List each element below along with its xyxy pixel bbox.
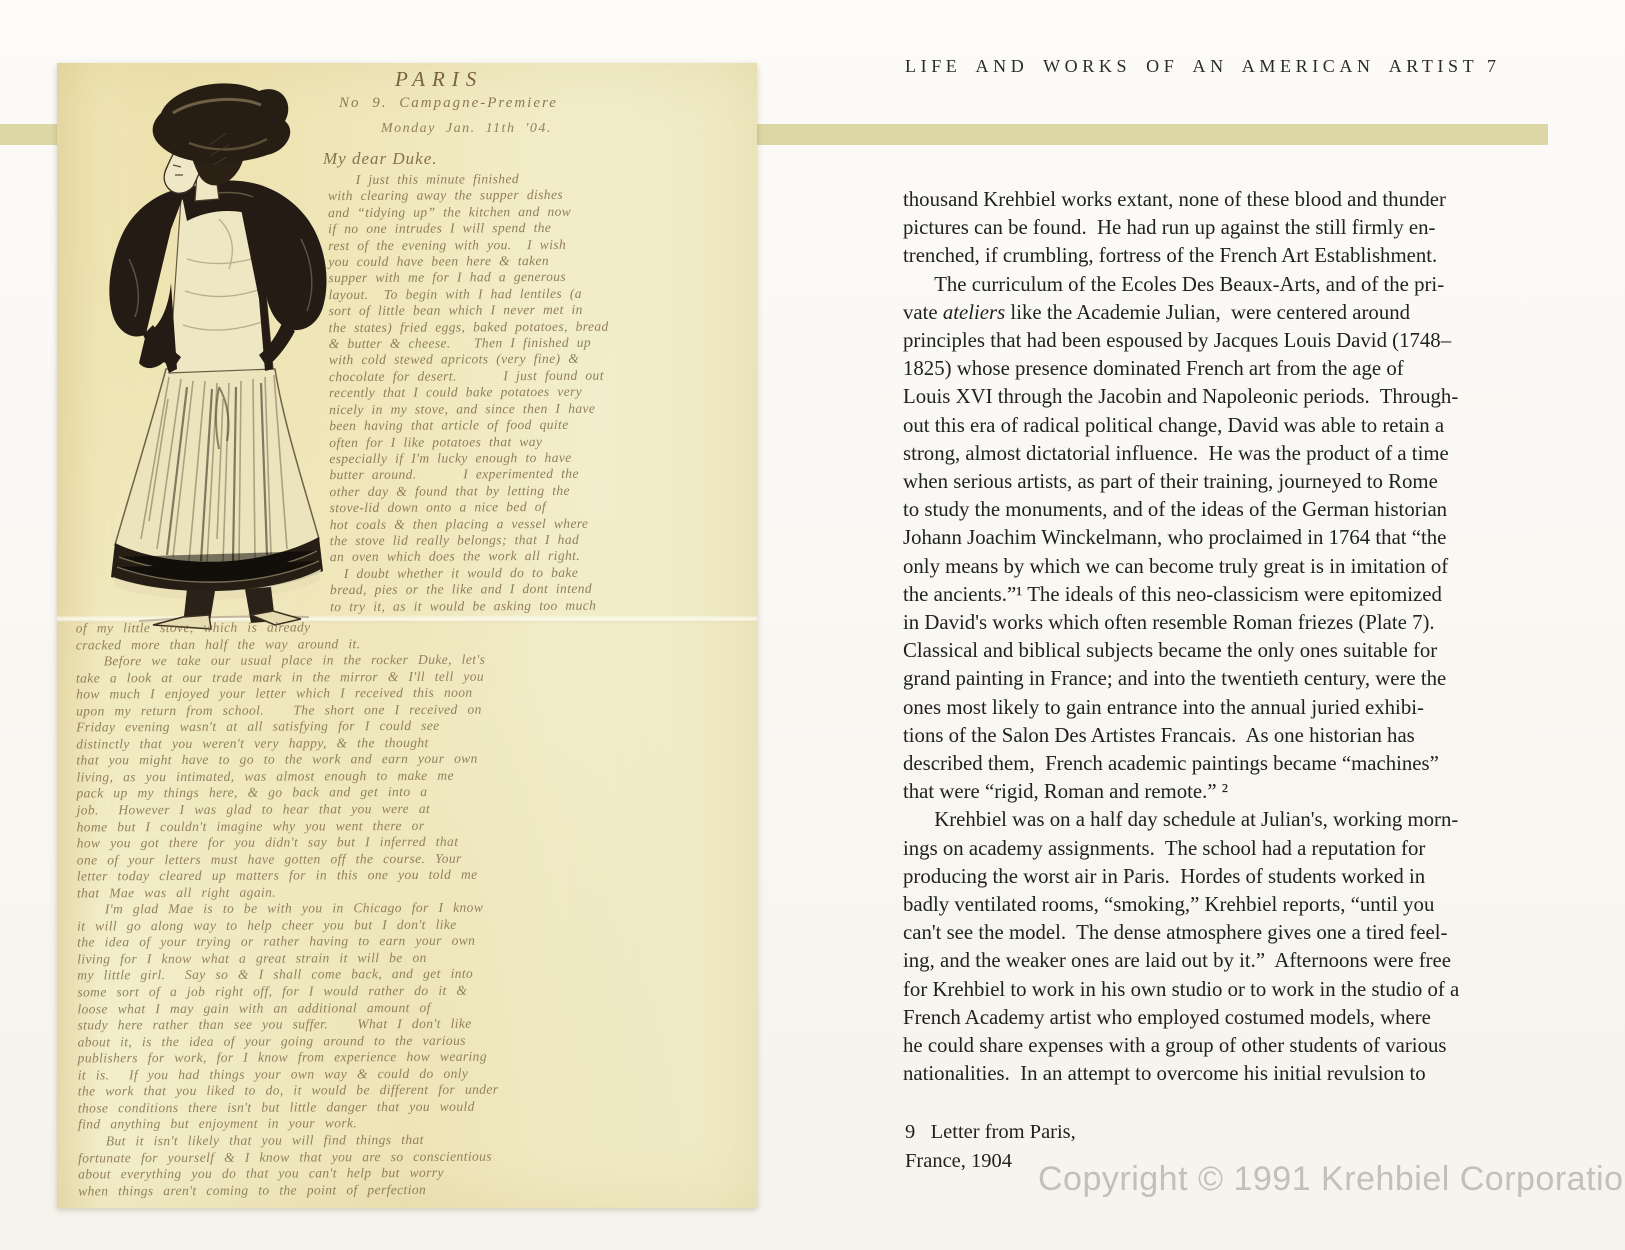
article-line: badly ventilated rooms, “smoking,” Krehb… xyxy=(903,891,1507,919)
article-line: grand painting in France; and into the t… xyxy=(903,665,1507,693)
article-line: Louis XVI through the Jacobin and Napole… xyxy=(903,383,1507,411)
article-line: ing, and the weaker ones are laid out by… xyxy=(903,947,1507,975)
letter-line: when things aren't coming to the point o… xyxy=(78,1180,750,1199)
article-line: in David's works which often resemble Ro… xyxy=(903,609,1507,637)
letter-salutation: My dear Duke. xyxy=(323,149,438,169)
article-line: to study the monuments, and of the ideas… xyxy=(903,496,1507,524)
article-line: 1825) whose presence dominated French ar… xyxy=(903,355,1507,383)
article-line: Classical and biblical subjects became t… xyxy=(903,637,1507,665)
article-line: vate ateliers like the Academie Julian, … xyxy=(903,299,1507,327)
copyright-watermark: Copyright © 1991 Krehbiel Corporation xyxy=(1038,1160,1598,1199)
running-head-title: LIFE AND WORKS OF AN AMERICAN ARTIST xyxy=(905,56,1478,77)
article-line: The curriculum of the Ecoles Des Beaux-A… xyxy=(903,271,1507,299)
article-line: strong, almost dictatorial influence. He… xyxy=(903,440,1507,468)
article-column: thousand Krehbiel works extant, none of … xyxy=(903,186,1507,1089)
article-line: principles that had been espoused by Jac… xyxy=(903,327,1507,355)
letter-plate: PARIS No 9. Campagne-Premiere Monday Jan… xyxy=(57,63,757,1208)
article-line: when serious artists, as part of their t… xyxy=(903,468,1507,496)
article-line: Krehbiel was on a half day schedule at J… xyxy=(903,806,1507,834)
article-line: producing the worst air in Paris. Hordes… xyxy=(903,863,1507,891)
page-number: 7 xyxy=(1487,56,1497,77)
article-line: trenched, if crumbling, fortress of the … xyxy=(903,242,1507,270)
letter-date: Monday Jan. 11th '04. xyxy=(381,121,552,137)
article-line: the ancients.”¹ The ideals of this neo-c… xyxy=(903,581,1507,609)
letter-line: to try it, as it would be asking too muc… xyxy=(330,596,758,615)
article-line: described them, French academic painting… xyxy=(903,750,1507,778)
caption-line-1: 9 Letter from Paris, xyxy=(905,1118,1076,1147)
running-head: LIFE AND WORKS OF AN AMERICAN ARTIST 7 xyxy=(905,56,1497,77)
article-line: ones most likely to gain entrance into t… xyxy=(903,694,1507,722)
article-line: for Krehbiel to work in his own studio o… xyxy=(903,976,1507,1004)
article-line: out this era of radical political change… xyxy=(903,412,1507,440)
article-line: can't see the model. The dense atmospher… xyxy=(903,919,1507,947)
article-line: pictures can be found. He had run up aga… xyxy=(903,214,1507,242)
letter-body-right-column: I just this minute finishedwith clearing… xyxy=(328,170,758,615)
letter-address: No 9. Campagne-Premiere xyxy=(339,95,558,112)
letter-city: PARIS xyxy=(395,67,483,92)
woman-sketch-illustration xyxy=(69,69,341,631)
article-line: tions of the Salon Des Artistes Francais… xyxy=(903,722,1507,750)
letter-body-full-width: of my little stove, which is alreadycrac… xyxy=(76,618,751,1200)
article-line: ings on academy assignments. The school … xyxy=(903,835,1507,863)
article-line: nationalities. In an attempt to overcome… xyxy=(903,1060,1507,1088)
article-line: that were “rigid, Roman and remote.” ² xyxy=(903,778,1507,806)
article-line: French Academy artist who employed costu… xyxy=(903,1004,1507,1032)
article-line: he could share expenses with a group of … xyxy=(903,1032,1507,1060)
article-line: only means by which we can become truly … xyxy=(903,553,1507,581)
article-line: thousand Krehbiel works extant, none of … xyxy=(903,186,1507,214)
article-line: Johann Joachim Winckelmann, who proclaim… xyxy=(903,524,1507,552)
